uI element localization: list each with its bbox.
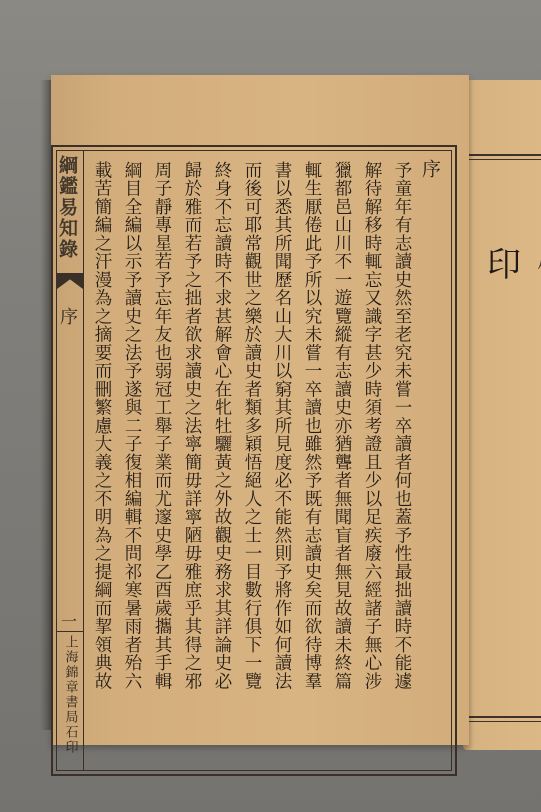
text-column: 載苦簡編之汗漫為之摘要而刪繁慮大義之不明為之提綱而挈領典故: [87, 155, 117, 766]
next-page: 印 序: [463, 80, 541, 750]
text-column: 書以悉其所聞歷名山大川以窮其所見度必不能然則予將作如何讀法: [267, 155, 297, 766]
next-page-glyph: 序: [537, 238, 541, 272]
center-margin: 綱鑑易知錄 序 一 上海錦章書局石印: [57, 151, 84, 770]
text-column: 輒生厭倦此予所以究未嘗一卒讀也雖然予既有志讀史矣而欲待博羣: [297, 155, 327, 766]
page-frame: 綱鑑易知錄 序 一 上海錦章書局石印 序 予童年有志讀史然至老究未嘗一卒讀者何也…: [51, 145, 457, 776]
book-page: 綱鑑易知錄 序 一 上海錦章書局石印 序 予童年有志讀史然至老究未嘗一卒讀者何也…: [51, 75, 469, 745]
margin-publisher: 上海錦章書局石印: [57, 631, 83, 761]
next-page-bottom-rule: [467, 716, 541, 722]
text-column: 予童年有志讀史然至老究未嘗一卒讀者何也蓋予性最拙讀時不能遽: [387, 155, 417, 766]
margin-book-title: 綱鑑易知錄: [59, 155, 81, 260]
next-page-glyph: 印: [487, 248, 521, 282]
preface-heading: 序: [417, 155, 445, 766]
text-column: 而後可耶常觀世之樂於讀史者類多穎悟絕人之士一目數行俱下一覽: [237, 155, 267, 766]
text-column: 解待解移時輒忘又識字甚少時須考證且少以足疾廢六經諸子無心涉: [357, 155, 387, 766]
margin-section-label: 序: [60, 303, 78, 329]
text-column: 歸於雅而若予之拙者欲求讀史之法寧簡毋詳寧陋毋雅庶乎其得之邪: [177, 155, 207, 766]
next-page-top-rule: [467, 154, 541, 160]
margin-page-number: 一: [61, 609, 77, 632]
text-column: 周子靜專星若予忘年友也弱冠工舉子業而尤邃史學乙酉歲攜其手輯: [147, 155, 177, 766]
fishtail-mark-icon: [57, 273, 83, 289]
page-frame-inner: 綱鑑易知錄 序 一 上海錦章書局石印 序 予童年有志讀史然至老究未嘗一卒讀者何也…: [56, 150, 452, 771]
text-column: 終身不忘讀時不求甚解會心在牝牡驪黃之外故觀史務求其詳論史必: [207, 155, 237, 766]
text-column: 獵都邑山川不一遊覽縱有志讀史亦猶聾者無聞盲者無見故讀未終篇: [327, 155, 357, 766]
text-column: 綱目全編以示予讀史之法予遂與二子復相編輯不問祁寒暑雨者殆六: [117, 155, 147, 766]
preface-text: 序 予童年有志讀史然至老究未嘗一卒讀者何也蓋予性最拙讀時不能遽 解待解移時輒忘又…: [87, 155, 445, 766]
